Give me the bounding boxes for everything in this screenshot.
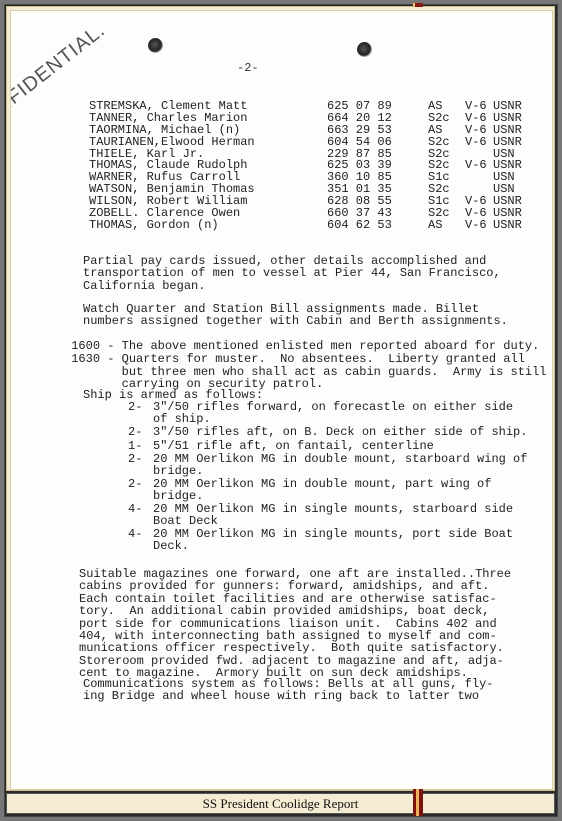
punch-hole-icon — [357, 42, 372, 57]
page-number: -2- — [237, 61, 259, 75]
bookmark-ribbon-top — [413, 3, 423, 7]
roster-row: THOMAS, Gordon (n)604 62 53ASV-6USNR — [89, 220, 549, 232]
armament-desc: 20 MM Oerlikon MG in double mount, part … — [153, 479, 491, 502]
armament-desc: 3"/50 rifles aft, on B. Deck on either s… — [153, 427, 527, 439]
armament-qty: 2- — [128, 402, 153, 414]
paragraph-pay-cards: Partial pay cards issued, other details … — [83, 255, 501, 292]
log-text: Quarters for muster. No absentees. Liber… — [122, 353, 547, 390]
armament-desc: 3"/50 rifles forward, on forecastle on e… — [153, 402, 513, 425]
roster-class: V-6 — [465, 137, 487, 149]
punch-hole-icon — [148, 38, 163, 53]
paragraph-communications: Communications system as follows: Bells … — [83, 678, 493, 703]
armament-desc: 20 MM Oerlikon MG in single mounts, star… — [153, 504, 513, 527]
armament-desc: 20 MM Oerlikon MG in double mount, starb… — [153, 454, 527, 477]
armament-qty: 2- — [128, 454, 153, 466]
armament-item: 2-20 MM Oerlikon MG in double mount, par… — [128, 479, 491, 502]
roster-class: V-6 — [465, 160, 487, 172]
armament-qty: 4- — [128, 529, 153, 541]
armament-qty: 2- — [128, 479, 153, 491]
document-page: NFIDENTIAL. -2- STREMSKA, Clement Matt62… — [10, 10, 553, 790]
roster-table: STREMSKA, Clement Matt625 07 89ASV-6USNR… — [89, 101, 549, 232]
armament-desc: 20 MM Oerlikon MG in single mounts, port… — [153, 529, 513, 552]
armament-item: 1-5"/51 rifle aft, on fantail, centerlin… — [128, 441, 434, 453]
armament-item: 4-20 MM Oerlikon MG in single mounts, st… — [128, 504, 513, 527]
roster-class: V-6 — [465, 220, 487, 232]
document-frame: NFIDENTIAL. -2- STREMSKA, Clement Matt62… — [6, 6, 555, 791]
log-time: 1630 - — [71, 352, 114, 366]
armament-qty: 2- — [128, 427, 153, 439]
armament-item: 2-3"/50 rifles forward, on forecastle on… — [128, 402, 513, 425]
roster-service: USNR — [493, 220, 522, 232]
footer-bar: SS President Coolidge Report — [6, 793, 555, 814]
armament-desc: 5"/51 rifle aft, on fantail, centerline — [153, 441, 434, 453]
armament-item: 2-20 MM Oerlikon MG in double mount, sta… — [128, 454, 527, 477]
paragraph-watch-quarter: Watch Quarter and Station Bill assignmen… — [83, 303, 508, 328]
armament-qty: 1- — [128, 441, 153, 453]
paragraph-magazines: Suitable magazines one forward, one aft … — [79, 568, 511, 680]
armament-item: 4-20 MM Oerlikon MG in single mounts, po… — [128, 529, 513, 552]
roster-name: THOMAS, Gordon (n) — [89, 220, 219, 232]
armament-qty: 4- — [128, 504, 153, 516]
footer-title: SS President Coolidge Report — [203, 796, 359, 811]
roster-number: 604 62 53 — [327, 220, 392, 232]
bookmark-ribbon-bottom[interactable] — [413, 789, 423, 816]
armament-item: 2-3"/50 rifles aft, on B. Deck on either… — [128, 427, 527, 439]
roster-rate: AS — [428, 220, 442, 232]
